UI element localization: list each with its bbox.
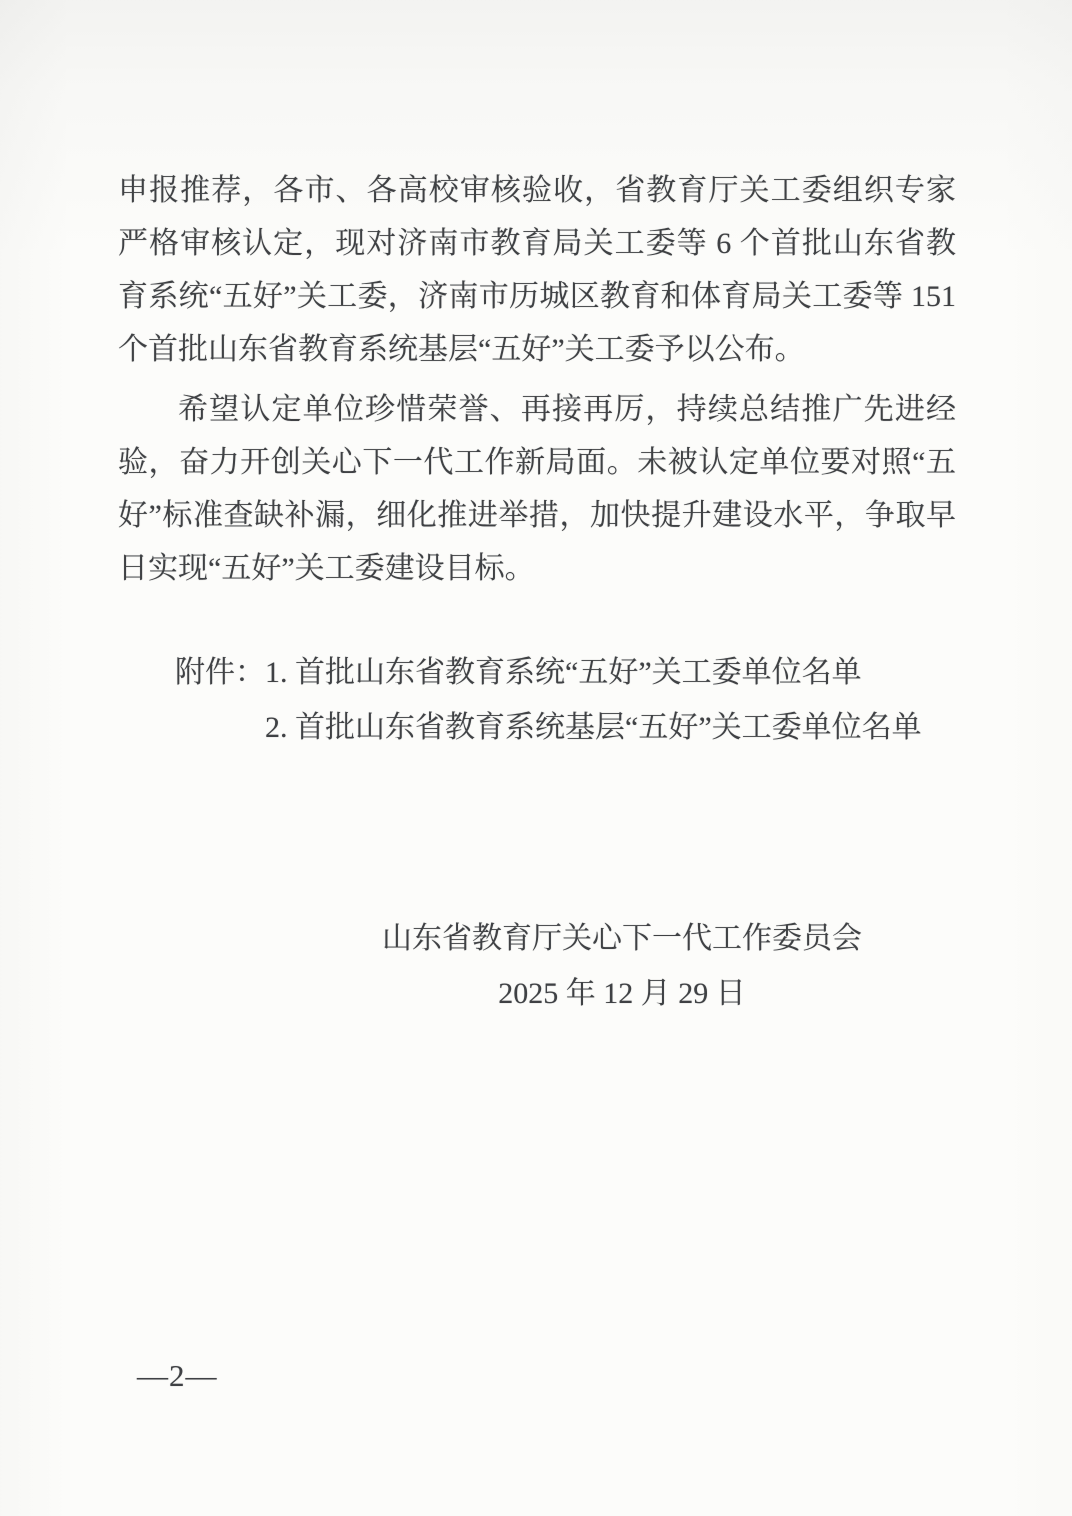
document-page: 申报推荐，各市、各高校审核验收，省教育厅关工委组织专家严格审核认定，现对济南市教… [0, 0, 1072, 1516]
document-body: 申报推荐，各市、各高校审核验收，省教育厅关工委组织专家严格审核认定，现对济南市教… [118, 164, 956, 755]
attachment-label: 附件： [175, 645, 265, 700]
signature-date: 2025 年 12 月 29 日 [381, 966, 863, 1021]
signature-org-name: 山东省教育厅关心下一代工作委员会 [381, 911, 863, 966]
signature-block: 山东省教育厅关心下一代工作委员会 2025 年 12 月 29 日 [381, 911, 863, 1021]
body-paragraph-continuation: 申报推荐，各市、各高校审核验收，省教育厅关工委组织专家严格审核认定，现对济南市教… [118, 164, 956, 376]
page-number: —2— [137, 1358, 218, 1394]
attachment-item-2: 2. 首批山东省教育系统基层“五好”关工委单位名单 [265, 700, 956, 755]
attachment-item-1: 1. 首批山东省教育系统“五好”关工委单位名单 [265, 645, 956, 700]
body-paragraph-hope: 希望认定单位珍惜荣誉、再接再厉，持续总结推广先进经验，奋力开创关心下一代工作新局… [118, 383, 956, 595]
attachment-items: 1. 首批山东省教育系统“五好”关工委单位名单 2. 首批山东省教育系统基层“五… [265, 645, 956, 755]
attachment-list: 附件： 1. 首批山东省教育系统“五好”关工委单位名单 2. 首批山东省教育系统… [175, 645, 956, 755]
